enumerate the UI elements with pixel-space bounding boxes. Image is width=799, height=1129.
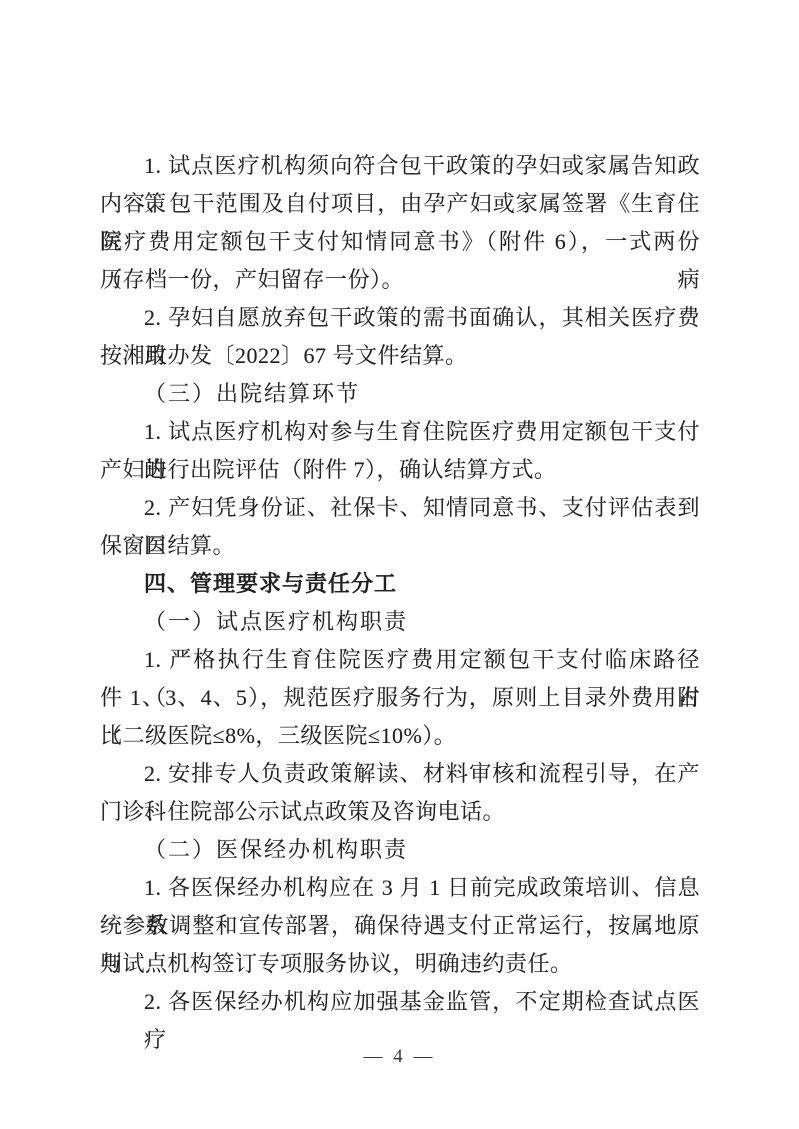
text-line: 2. 各医保经办机构应加强基金监管，不定期检查试点医疗 — [100, 983, 700, 1021]
text-line: 与试点机构签订专项服务协议，明确违约责任。 — [100, 945, 700, 983]
document-body: 1. 试点医疗机构须向符合包干政策的孕妇或家属告知政策 内容、包干范围及自付项目… — [100, 147, 700, 1021]
subsection-heading: （一）试点医疗机构职责 — [100, 603, 700, 641]
text-line: 1. 各医保经办机构应在 3 月 1 日前完成政策培训、信息系 — [100, 869, 700, 907]
text-line: 1. 试点医疗机构对参与生育住院医疗费用定额包干支付的 — [100, 413, 700, 451]
text-line: （二级医院≤8%，三级医院≤10%）。 — [100, 717, 700, 755]
section-heading: 四、管理要求与责任分工 — [100, 565, 700, 603]
text-line: 2. 孕妇自愿放弃包干政策的需书面确认，其相关医疗费用 — [100, 299, 700, 337]
text-line: 产妇进行出院评估（附件 7），确认结算方式。 — [100, 451, 700, 489]
subsection-heading: （二）医保经办机构职责 — [100, 831, 700, 869]
text-line: 内容、包干范围及自付项目，由孕产妇或家属签署《生育住院 — [100, 185, 700, 223]
page-number: — 4 — — [0, 1044, 799, 1070]
text-line: 2. 安排专人负责政策解读、材料审核和流程引导，在产科 — [100, 755, 700, 793]
text-line: 保窗口结算。 — [100, 527, 700, 565]
text-line: 件 1、3、4、5），规范医疗服务行为，原则上目录外费用占比 — [100, 679, 700, 717]
text-line: 统参数调整和宣传部署，确保待遇支付正常运行，按属地原则 — [100, 907, 700, 945]
text-line: 1. 严格执行生育住院医疗费用定额包干支付临床路径（附 — [100, 641, 700, 679]
text-line: 2. 产妇凭身份证、社保卡、知情同意书、支付评估表到医 — [100, 489, 700, 527]
text-line: 1. 试点医疗机构须向符合包干政策的孕妇或家属告知政策 — [100, 147, 700, 185]
text-line: 按湘政办发〔2022〕67 号文件结算。 — [100, 337, 700, 375]
document-page: 1. 试点医疗机构须向符合包干政策的孕妇或家属告知政策 内容、包干范围及自付项目… — [0, 0, 799, 1129]
text-line: 门诊、住院部公示试点政策及咨询电话。 — [100, 793, 700, 831]
subsection-heading: （三）出院结算环节 — [100, 375, 700, 413]
text-line: 医疗费用定额包干支付知情同意书》（附件 6），一式两份（病 — [100, 223, 700, 261]
